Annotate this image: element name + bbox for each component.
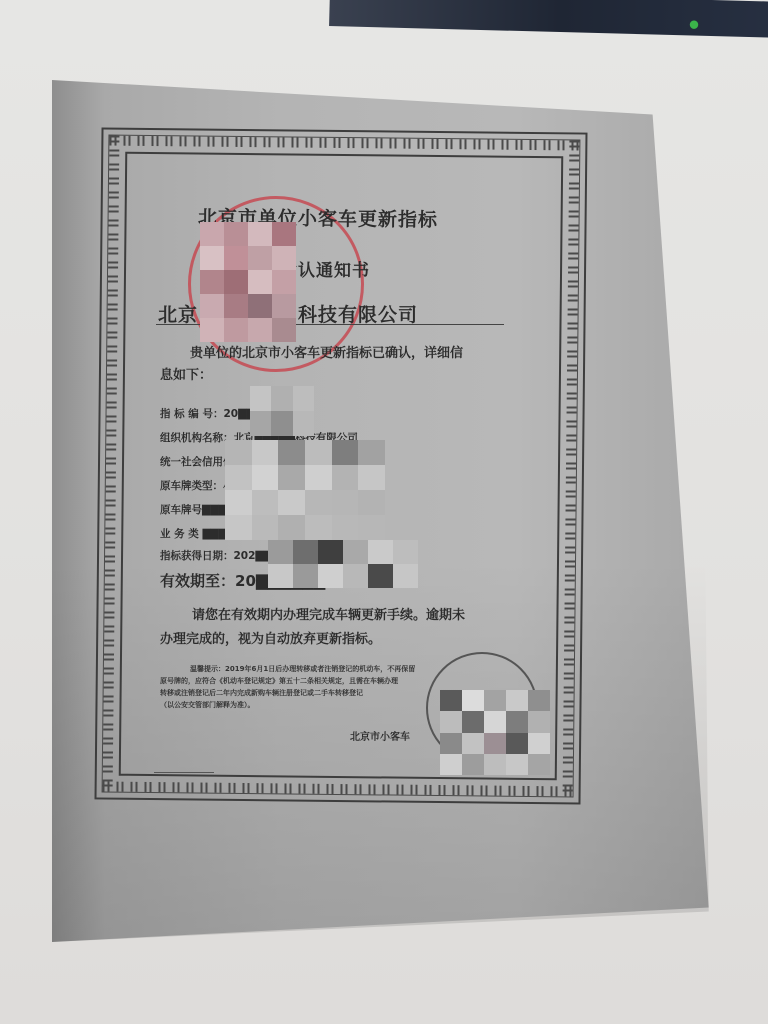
- issuer-name: 北京市小客车: [350, 728, 410, 743]
- intro-text: 贵单位的北京市小客车更新指标已确认，详细信: [190, 342, 463, 361]
- notice-text: 请您在有效期内办理完成车辆更新手续。逾期未: [192, 604, 465, 623]
- recipient-prefix: 北京: [158, 304, 198, 326]
- redaction-mosaic: [268, 540, 418, 588]
- intro-text-cont: 息如下：: [160, 364, 212, 383]
- redaction-mosaic: [250, 386, 314, 436]
- reminder-line: 温馨提示：2019年6月1日后办理转移或者注销登记的机动车，不再保留: [190, 664, 415, 674]
- redaction-mosaic: [225, 440, 385, 540]
- reminder-line: 转移或注销登记后二年内完成新购车辆注册登记或二手车转移登记: [160, 688, 363, 698]
- signature-line: [154, 772, 214, 773]
- redaction-mosaic: [440, 690, 550, 775]
- reminder-line: 原号牌的，应符合《机动车登记规定》第五十二条相关规定，且需在车辆办理: [160, 676, 398, 686]
- field-business-type: 业 务 类 ▇▇▇▇: [160, 526, 235, 541]
- notice-text-cont: 办理完成的，视为自动放弃更新指标。: [160, 628, 381, 647]
- reminder-line: （以公安交管部门解释为准）。: [160, 700, 255, 710]
- recipient-suffix: 科技有限公司: [298, 304, 418, 326]
- redaction-mosaic: [200, 222, 296, 342]
